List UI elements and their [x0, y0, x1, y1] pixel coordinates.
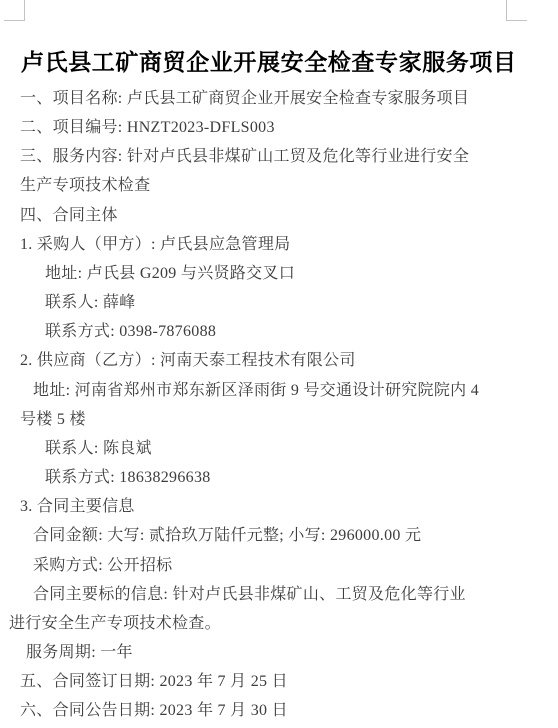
document-page: 卢氏县工矿商贸企业开展安全检查专家服务项目 一、项目名称: 卢氏县工矿商贸企业开…	[0, 0, 558, 728]
line-purchaser-contact: 联系人: 薛峰	[0, 288, 558, 317]
line-announcement-date: 六、合同公告日期: 2023 年 7 月 30 日	[0, 696, 558, 725]
line-service-period: 服务周期: 一年	[0, 638, 558, 667]
line-purchaser-address: 地址: 卢氏县 G209 与兴贤路交叉口	[0, 259, 558, 288]
line-supplier-address-wrap: 号楼 5 楼	[0, 405, 558, 434]
page-margin-mark-top-right	[506, 0, 527, 21]
document-body: 一、项目名称: 卢氏县工矿商贸企业开展安全检查专家服务项目 二、项目编号: HN…	[0, 84, 558, 725]
line-purchaser-phone: 联系方式: 0398-7876088	[0, 317, 558, 346]
line-service-content: 三、服务内容: 针对卢氏县非煤矿山工贸及危化等行业进行安全	[0, 142, 558, 171]
line-service-content-wrap: 生产专项技术检查	[0, 171, 558, 200]
line-contract-subject-wrap: 进行安全生产专项技术检查。	[0, 609, 558, 638]
line-project-number: 二、项目编号: HNZT2023-DFLS003	[0, 113, 558, 142]
line-procurement-method: 采购方式: 公开招标	[0, 551, 558, 580]
line-contract-subject: 合同主要标的信息: 针对卢氏县非煤矿山、工贸及危化等行业	[0, 580, 558, 609]
line-supplier-address: 地址: 河南省郑州市郑东新区泽雨街 9 号交通设计研究院院内 4	[0, 376, 558, 405]
line-contract-main-info: 3. 合同主要信息	[0, 492, 558, 521]
line-contract-parties: 四、合同主体	[0, 201, 558, 230]
line-supplier: 2. 供应商（乙方）: 河南天泰工程技术有限公司	[0, 346, 558, 375]
page-margin-mark-top-left	[4, 0, 25, 21]
document-title: 卢氏县工矿商贸企业开展安全检查专家服务项目	[21, 44, 541, 77]
line-supplier-contact: 联系人: 陈良斌	[0, 434, 558, 463]
line-purchaser: 1. 采购人（甲方）: 卢氏县应急管理局	[0, 230, 558, 259]
line-supplier-phone: 联系方式: 18638296638	[0, 463, 558, 492]
line-signing-date: 五、合同签订日期: 2023 年 7 月 25 日	[0, 667, 558, 696]
line-contract-amount: 合同金额: 大写: 贰拾玖万陆仟元整; 小写: 296000.00 元	[0, 521, 558, 550]
line-project-name: 一、项目名称: 卢氏县工矿商贸企业开展安全检查专家服务项目	[0, 84, 558, 113]
